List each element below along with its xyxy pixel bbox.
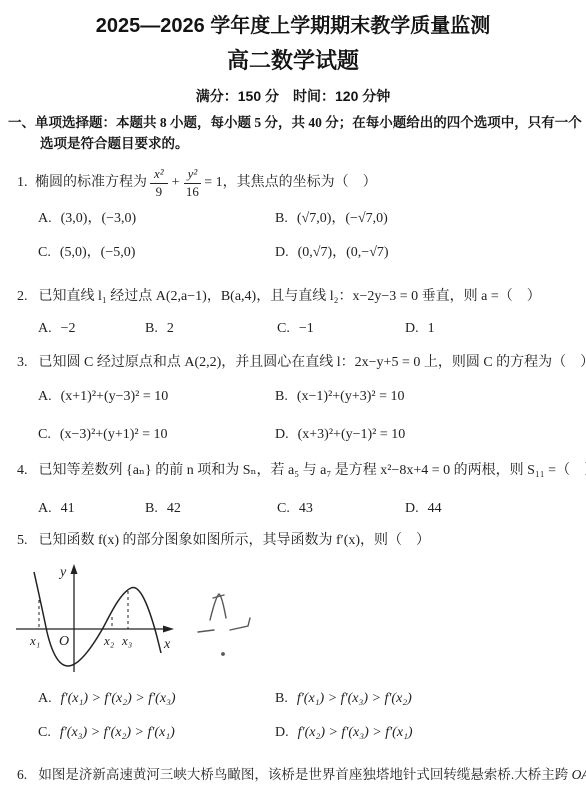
question-5-stem: 5. 已知函数 f(x) 的部分图象如图所示，其导函数为 f′(x)，则（ ） xyxy=(0,530,586,552)
x2-tick-label: x₂ xyxy=(103,633,115,648)
question-4-option-a: A.41 xyxy=(38,498,145,520)
function-curve xyxy=(34,572,161,666)
question-2-options-row: A.−2 B.2 C.−1 D.1 xyxy=(0,318,586,340)
question-6-number: 6. xyxy=(17,764,35,786)
section-header-line2: 选项是符合题目要求的。 xyxy=(40,133,586,154)
question-1-stem: 1. 椭圆的标准方程为 x² 9 + y² 16 = 1，其焦点的坐标为（ ） xyxy=(0,162,586,204)
question-3-option-d: D.(x+3)²+(y−1)² = 10 xyxy=(275,424,586,446)
exam-score-time-info: 满分：150 分 时间：120 分钟 xyxy=(0,86,586,106)
question-5-number: 5. xyxy=(17,530,35,552)
question-6-span-label: OA xyxy=(572,767,586,782)
question-5-option-a: A.f′(x₁) > f′(x₂) > f′(x₃) xyxy=(38,688,275,710)
question-2-option-d: D.1 xyxy=(405,318,586,340)
question-3-stem: 3. 已知圆 C 经过原点和点 A(2,2)，并且圆心在直线 l：2x−y+5 … xyxy=(0,352,586,374)
handwritten-dash-left xyxy=(198,630,214,632)
question-4-number: 4. xyxy=(17,460,35,482)
question-1-number: 1. xyxy=(17,172,35,194)
question-3-option-c: C.(x−3)²+(y+1)² = 10 xyxy=(38,424,275,446)
question-4-text: 已知等差数列 {aₙ} 的前 n 项和为 Sₙ，若 a₅ 与 a₇ 是方程 x²… xyxy=(39,463,586,478)
question-4-option-c: C.43 xyxy=(277,498,405,520)
question-1-option-c: C.(5,0)，(−5,0) xyxy=(38,242,275,264)
question-2-option-a: A.−2 xyxy=(38,318,145,340)
question-5-option-d: D.f′(x₂) > f′(x₃) > f′(x₁) xyxy=(275,722,586,744)
section-header-line1: 一、单项选择题：本题共 8 小题，每小题 5 分，共 40 分；在每小题给出的四… xyxy=(8,112,586,133)
question-3-text: 已知圆 C 经过原点和点 A(2,2)，并且圆心在直线 l：2x−y+5 = 0… xyxy=(39,355,586,370)
question-4-option-d: D.44 xyxy=(405,498,586,520)
question-2-option-b: B.2 xyxy=(145,318,277,340)
question-1-options-row-1: A.(3,0)，(−3,0) B.(√7,0)，(−√7,0) xyxy=(0,208,586,230)
question-4-stem: 4. 已知等差数列 {aₙ} 的前 n 项和为 Sₙ，若 a₅ 与 a₇ 是方程… xyxy=(0,460,586,482)
question-1-text-post: = 1，其焦点的坐标为（ ） xyxy=(204,172,376,194)
question-5-figure: y x O x₁ x₂ x₃ xyxy=(0,556,586,682)
function-graph: y x O x₁ x₂ x₃ xyxy=(12,556,202,682)
x-axis-label: x xyxy=(163,637,171,652)
fraction-y2-over-16: y² 16 xyxy=(184,167,202,199)
question-6-stem: 6. 如图是济新高速黄河三峡大桥鸟瞰图，该桥是世界首座独塔地针式回转缆悬索桥.大… xyxy=(0,764,586,786)
y-axis-arrow xyxy=(71,564,78,574)
question-6-text: 如图是济新高速黄河三峡大桥鸟瞰图，该桥是世界首座独塔地针式回转缆悬索桥.大桥主跨 xyxy=(38,767,571,782)
question-1-text-pre: 椭圆的标准方程为 xyxy=(35,172,147,194)
handwritten-dot xyxy=(222,653,224,655)
question-3-option-b: B.(x−1)²+(y+3)² = 10 xyxy=(275,386,586,408)
exam-page: 2025—2026 学年度上学期期末教学质量监测 高二数学试题 满分：150 分… xyxy=(0,0,586,805)
question-4-option-b: B.42 xyxy=(145,498,277,520)
fraction-x2-over-9: x² 9 xyxy=(150,167,168,199)
handwriting-marks xyxy=(196,586,276,666)
question-3-options-row-2: C.(x−3)²+(y+1)² = 10 D.(x+3)²+(y−1)² = 1… xyxy=(0,424,586,446)
x-axis-arrow xyxy=(163,626,174,633)
question-2-text: 已知直线 l₁ 经过点 A(2,a−1)，B(a,4)，且与直线 l₂：x−2y… xyxy=(39,289,541,304)
question-1-option-a: A.(3,0)，(−3,0) xyxy=(38,208,275,230)
question-1-options-row-2: C.(5,0)，(−5,0) D.(0,√7)，(0,−√7) xyxy=(0,242,586,264)
question-1-option-b: B.(√7,0)，(−√7,0) xyxy=(275,208,586,230)
question-2-option-c: C.−1 xyxy=(277,318,405,340)
y-axis-label: y xyxy=(58,565,67,580)
x3-tick-label: x₃ xyxy=(121,633,132,648)
question-2-number: 2. xyxy=(17,286,35,308)
handwritten-dash-right xyxy=(230,618,250,630)
question-1-option-d: D.(0,√7)，(0,−√7) xyxy=(275,242,586,264)
question-5-options-row-2: C.f′(x₃) > f′(x₂) > f′(x₁) D.f′(x₂) > f′… xyxy=(0,722,586,744)
exam-title: 2025—2026 学年度上学期期末教学质量监测 xyxy=(0,0,586,40)
exam-subtitle: 高二数学试题 xyxy=(0,46,586,76)
question-4-options-row: A.41 B.42 C.43 D.44 xyxy=(0,498,586,520)
question-3-option-a: A.(x+1)²+(y−3)² = 10 xyxy=(38,386,275,408)
question-5-option-b: B.f′(x₁) > f′(x₃) > f′(x₂) xyxy=(275,688,586,710)
origin-label: O xyxy=(59,634,69,649)
question-3-number: 3. xyxy=(17,352,35,374)
question-5-options-row-1: A.f′(x₁) > f′(x₂) > f′(x₃) B.f′(x₁) > f′… xyxy=(0,688,586,710)
question-2-stem: 2. 已知直线 l₁ 经过点 A(2,a−1)，B(a,4)，且与直线 l₂：x… xyxy=(0,286,586,308)
question-5-text: 已知函数 f(x) 的部分图象如图所示，其导函数为 f′(x)，则（ ） xyxy=(39,533,431,548)
question-3-options-row-1: A.(x+1)²+(y−3)² = 10 B.(x−1)²+(y+3)² = 1… xyxy=(0,386,586,408)
plus-operator: + xyxy=(172,172,180,194)
x1-tick-label: x₁ xyxy=(29,633,40,648)
question-5-option-c: C.f′(x₃) > f′(x₂) > f′(x₁) xyxy=(38,722,275,744)
